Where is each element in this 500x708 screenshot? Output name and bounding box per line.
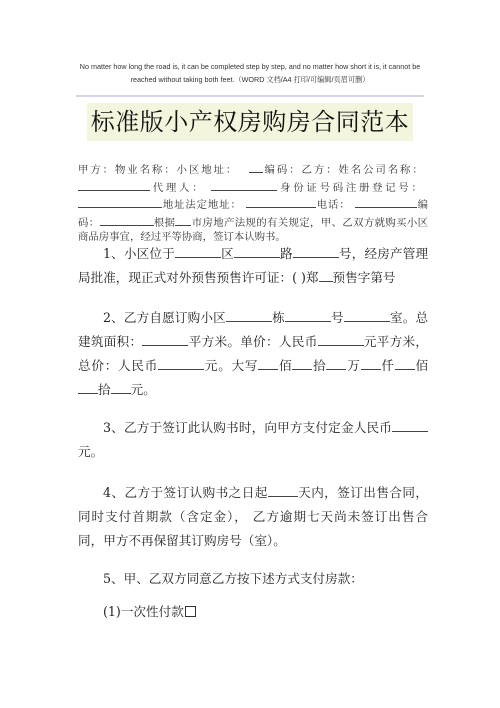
clause-text: 拾 bbox=[98, 382, 111, 397]
blank-field[interactable] bbox=[293, 245, 339, 258]
blank-field[interactable] bbox=[226, 309, 272, 322]
clause-text: 拾 bbox=[312, 358, 326, 373]
clause-text: 佰 bbox=[278, 358, 292, 373]
payment-option-label: (1)一次性付款 bbox=[103, 604, 184, 619]
clause-5: 5、甲、乙双方同意乙方按下述方式支付房款： bbox=[78, 567, 428, 591]
blank-field[interactable] bbox=[268, 484, 298, 497]
blank-field[interactable] bbox=[142, 333, 188, 346]
blank-field[interactable] bbox=[258, 357, 278, 370]
clause-1: 1、小区位于区路号，经房产管理局批准，现正式对外预售预售许可证：( )郑预售字第… bbox=[78, 242, 428, 290]
clause-text: 4、乙方于签订认购书之日起 bbox=[103, 485, 268, 500]
clause-text: 2、乙方自愿订购小区 bbox=[103, 310, 226, 325]
clause-text: 1、小区位于 bbox=[103, 246, 175, 261]
clause-text: 路 bbox=[280, 246, 293, 261]
document-title: 标准版小产权房购房合同范本 bbox=[87, 103, 414, 141]
blank-field[interactable] bbox=[326, 357, 346, 370]
clause-4: 4、乙方于签订认购书之日起天内，签订出售合同，同时支付首期款（含定金）， 乙方逾… bbox=[78, 481, 428, 553]
intro-text: 地址法定地址： bbox=[162, 199, 242, 211]
clause-text: 元。 bbox=[131, 382, 156, 397]
blank-field[interactable] bbox=[392, 419, 428, 432]
clause-text: 万 bbox=[346, 358, 360, 373]
intro-text: 根据 bbox=[154, 217, 176, 229]
blank-field[interactable] bbox=[249, 160, 263, 173]
blank-field[interactable] bbox=[78, 381, 98, 394]
blank-field[interactable] bbox=[100, 213, 154, 226]
clause-text: 佰 bbox=[415, 358, 428, 373]
title-container: 标准版小产权房购房合同范本 bbox=[0, 103, 500, 141]
intro-text: 编码：乙方：姓名公司名称： bbox=[263, 164, 425, 176]
blank-field[interactable] bbox=[355, 195, 417, 208]
blank-field[interactable] bbox=[175, 213, 191, 226]
intro-text: 甲方：物业名称：小区地址： bbox=[78, 164, 238, 176]
clause-text: 元。 bbox=[78, 444, 103, 459]
blank-field[interactable] bbox=[175, 245, 221, 258]
intro-paragraph: 甲方：物业名称：小区地址： 编码：乙方：姓名公司名称： 代理人： 身份证号码注册… bbox=[78, 160, 428, 245]
blank-field[interactable] bbox=[211, 178, 277, 191]
header-note: No matter how long the road is, it can b… bbox=[70, 60, 430, 86]
payment-option-lump-sum: (1)一次性付款 bbox=[78, 600, 428, 624]
blank-field[interactable] bbox=[361, 357, 381, 370]
blank-field[interactable] bbox=[285, 309, 331, 322]
header-note-line-2: reached without taking both feet.（WORD 文… bbox=[70, 73, 430, 86]
blank-field[interactable] bbox=[246, 195, 316, 208]
checkbox-icon[interactable] bbox=[185, 606, 196, 617]
blank-field[interactable] bbox=[395, 357, 415, 370]
intro-text: 电话： bbox=[316, 199, 351, 211]
clause-2: 2、乙方自愿订购小区栋号室。总建筑面积：平方米。单价：人民币元平方米，总价：人民… bbox=[78, 306, 428, 402]
clause-text: 3、乙方于签订此认购书时，向甲方支付定金人民币 bbox=[103, 420, 392, 435]
payment-option-list: (1)一次性付款 bbox=[78, 600, 428, 624]
clause-text: 元。大写 bbox=[204, 358, 258, 373]
blank-field[interactable] bbox=[158, 357, 204, 370]
clause-text: 号 bbox=[331, 310, 344, 325]
intro-text: 代理人： bbox=[150, 182, 205, 194]
header-divider bbox=[76, 95, 424, 97]
clause-text: 栋 bbox=[272, 310, 285, 325]
clause-3: 3、乙方于签订此认购书时，向甲方支付定金人民币元。 bbox=[78, 416, 428, 464]
clause-text: 5、甲、乙双方同意乙方按下述方式支付房款： bbox=[78, 567, 428, 591]
header-note-line-1: No matter how long the road is, it can b… bbox=[70, 60, 430, 73]
intro-text: 身份证号码注册登记号： bbox=[277, 182, 424, 194]
clause-text: 预售字第号 bbox=[333, 270, 396, 285]
clause-text: 仟 bbox=[381, 358, 395, 373]
blank-field[interactable] bbox=[292, 357, 312, 370]
blank-field[interactable] bbox=[78, 195, 162, 208]
blank-field[interactable] bbox=[111, 381, 131, 394]
blank-field[interactable] bbox=[78, 178, 150, 191]
clause-text: 平方米。单价：人民币 bbox=[188, 334, 317, 349]
blank-field[interactable] bbox=[234, 245, 280, 258]
blank-field[interactable] bbox=[344, 309, 390, 322]
blank-field[interactable] bbox=[318, 333, 364, 346]
clause-text: 区 bbox=[221, 246, 234, 261]
blank-field[interactable] bbox=[319, 269, 333, 282]
